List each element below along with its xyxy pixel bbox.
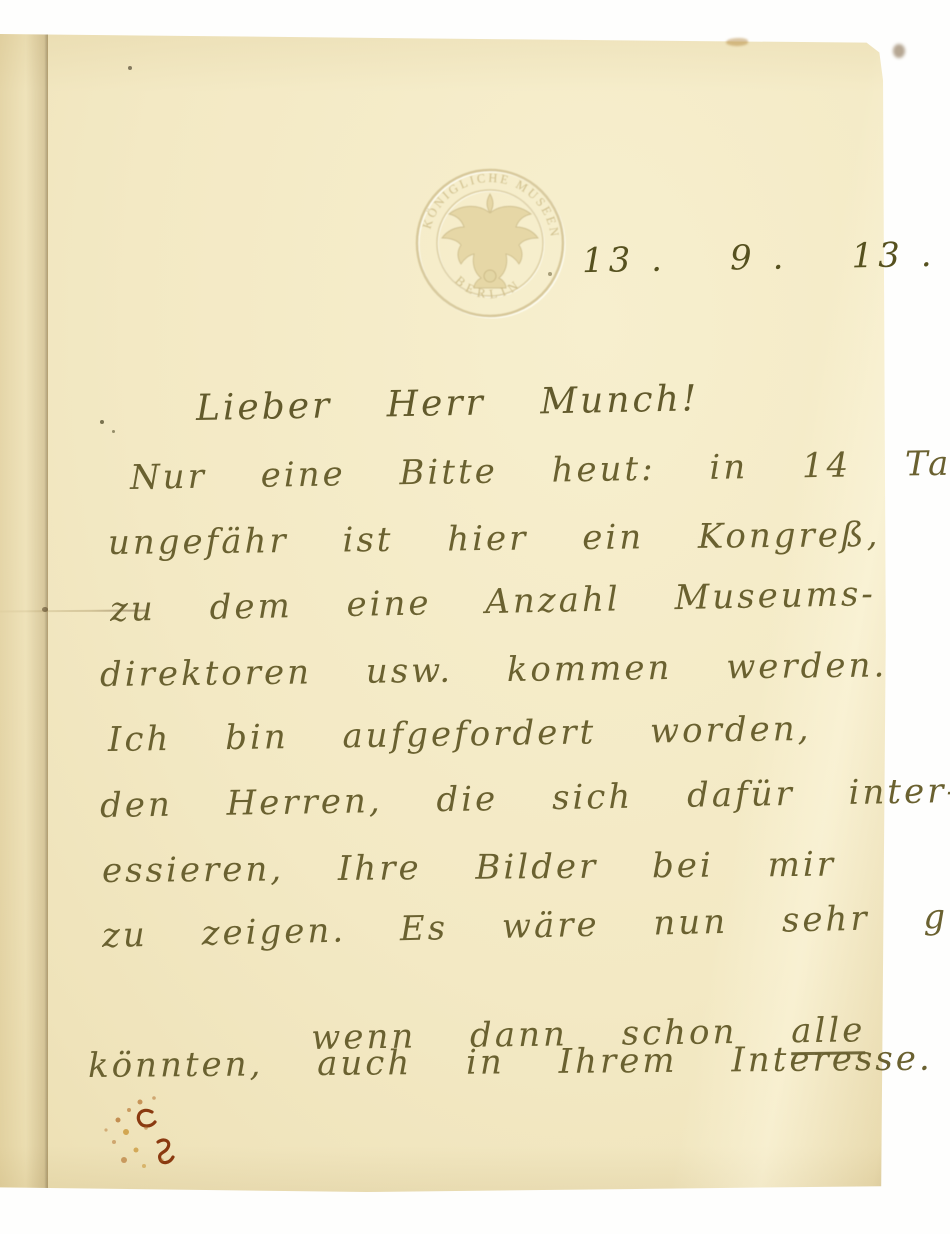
corner-damage xyxy=(893,44,905,58)
left-fold-edge xyxy=(0,34,48,1192)
embossed-seal-graphic: KÖNIGLICHE MUSEEN BERLIN xyxy=(404,164,576,322)
rust-stain xyxy=(96,1090,221,1182)
embossed-seal: KÖNIGLICHE MUSEEN BERLIN xyxy=(404,164,576,322)
paper-speck xyxy=(128,66,132,70)
paper-stain-top xyxy=(726,38,748,46)
fold-nick xyxy=(42,607,48,612)
rust-stain-graphic xyxy=(96,1090,221,1182)
letter-scan-page: KÖNIGLICHE MUSEEN BERLIN 13 . 9 . 13 . L… xyxy=(0,0,950,1234)
eagle-icon xyxy=(442,194,538,288)
ink-speck xyxy=(112,430,115,433)
letter-date: 13 . 9 . 13 . xyxy=(582,235,937,281)
letter-line-10: könnten, auch in Ihrem Interesse. xyxy=(88,1039,933,1086)
ink-speck xyxy=(548,272,552,276)
ink-speck xyxy=(100,420,104,424)
letter-line-7: essieren, Ihre Bilder bei mir xyxy=(102,845,836,891)
letter-line-2: ungefähr ist hier ein Kongreß, xyxy=(108,515,881,563)
